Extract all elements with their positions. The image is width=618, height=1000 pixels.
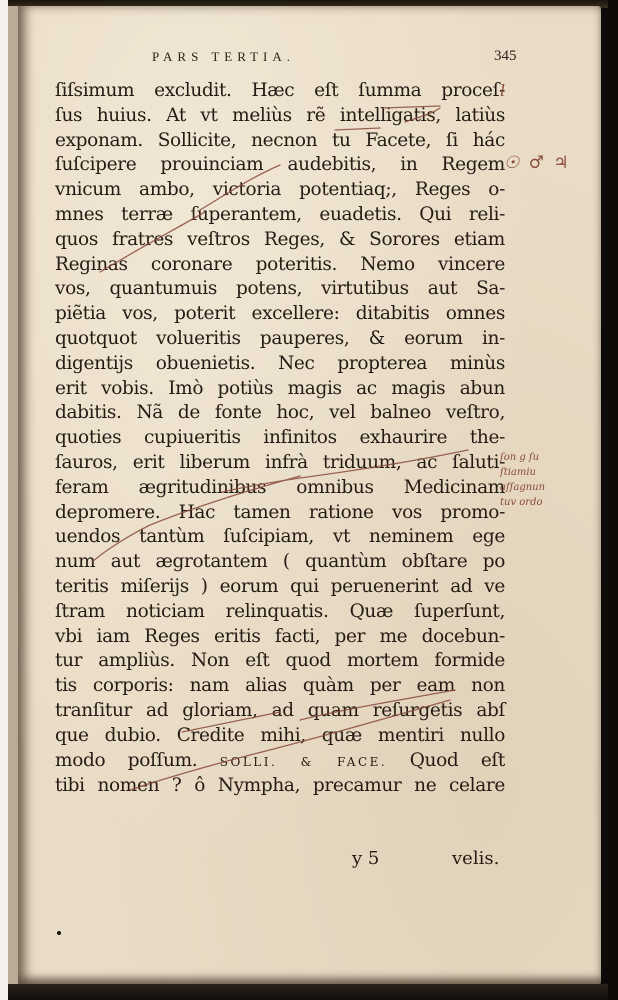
text-line: Reginas coronare poteritis. Nemo vincere [55,253,505,278]
text-line: ſus huius. At vt meliùs rẽ intelligatis,… [55,104,505,129]
signature-mark: y 5 [352,848,379,869]
text-line: quoties cupiueritis infinitos exhaurire … [55,426,505,451]
text-line: tis corporis: nam alias quàm per eam non [55,674,505,699]
margin-note-3-line: ſon g ſu [500,450,545,465]
text-line: ſiſsimum excludit. Hæc eſt ſumma proceſ- [55,79,505,104]
text-line: uendos tantùm ſuſcipiam, vt neminem ege [55,525,505,550]
margin-note-3-line: tuv ordo [500,495,545,510]
text-line: que dubio. Credite mihi, quæ mentiri nul… [55,724,505,749]
ink-speck [57,931,61,935]
speaker-line: modo poſſum. SOLLI. & FACE. Quod eſt [55,749,505,775]
text-line: vbi iam Reges eritis facti, per me doceb… [55,625,505,650]
text-line: ſtram noticiam relinquatis. Quæ ſuperſun… [55,600,505,625]
text-line: tur ampliùs. Non eſt quod mortem formide [55,649,505,674]
margin-note-2: ☉ ♂ ♃ [504,156,571,170]
text-line: teritis miſerijs ) eorum qui peruenerint… [55,575,505,600]
text-line: quos fratres veſtros Reges, & Sorores et… [55,228,505,253]
margin-note-3: ſon g ſu ſtiamiu aſſagnun tuv ordo [500,450,545,510]
speaker-line-before: modo poſſum. [55,750,197,771]
text-line: ſuſcipere prouinciam audebitis, in Regem [55,153,505,178]
page-number: 345 [494,48,517,65]
scanned-page-view: PARS TERTIA. 345 ſiſsimum excludit. Hæc … [0,0,618,1000]
margin-note-3-line: ſtiamiu [500,465,545,480]
body-text: ſiſsimum excludit. Hæc eſt ſumma proceſ-… [55,79,505,799]
text-line: erit vobis. Imò potiùs magis ac magis ab… [55,377,505,402]
text-line: tibi nomen ? ô Nympha, precamur ne celar… [55,774,505,799]
speaker-names: SOLLI. & FACE. [220,755,387,769]
text-line: quotquot volueritis pauperes, & eorum in… [55,327,505,352]
scanner-left-margin [0,0,8,1000]
text-line: digentijs obuenietis. Nec propterea minù… [55,352,505,377]
text-line: dabitis. Nã de fonte hoc, vel balneo veſ… [55,401,505,426]
margin-note-3-line: aſſagnun [500,480,545,495]
speaker-line-after: Quod eſt [410,750,505,771]
text-line: vnicum ambo, victoria potentiaq;, Reges … [55,178,505,203]
text-line: tranſitur ad gloriam, ad quam reſurgetis… [55,699,505,724]
text-line: num aut ægrotantem ( quantùm obſtare po [55,550,505,575]
margin-note-1: l [500,84,505,98]
text-line: exponam. Sollicite, necnon tu Facete, ſi… [55,129,505,154]
running-head: PARS TERTIA. [152,49,295,65]
page-bottom-shadow [8,984,608,1000]
text-line: feram ægritudinibus omnibus Medicinam [55,476,505,501]
text-line: piẽtia vos, poterit excellere: ditabitis… [55,302,505,327]
catchword: velis. [452,848,499,869]
text-line: vos, quantumuis potens, virtutibus aut S… [55,277,505,302]
text-line: ſauros, erit liberum infrà triduum, ac ſ… [55,451,505,476]
page-header: PARS TERTIA. 345 [152,49,562,65]
text-line: mnes terræ ſuperantem, euadetis. Qui rel… [55,203,505,228]
text-line: depromere. Hac tamen ratione vos promo- [55,501,505,526]
